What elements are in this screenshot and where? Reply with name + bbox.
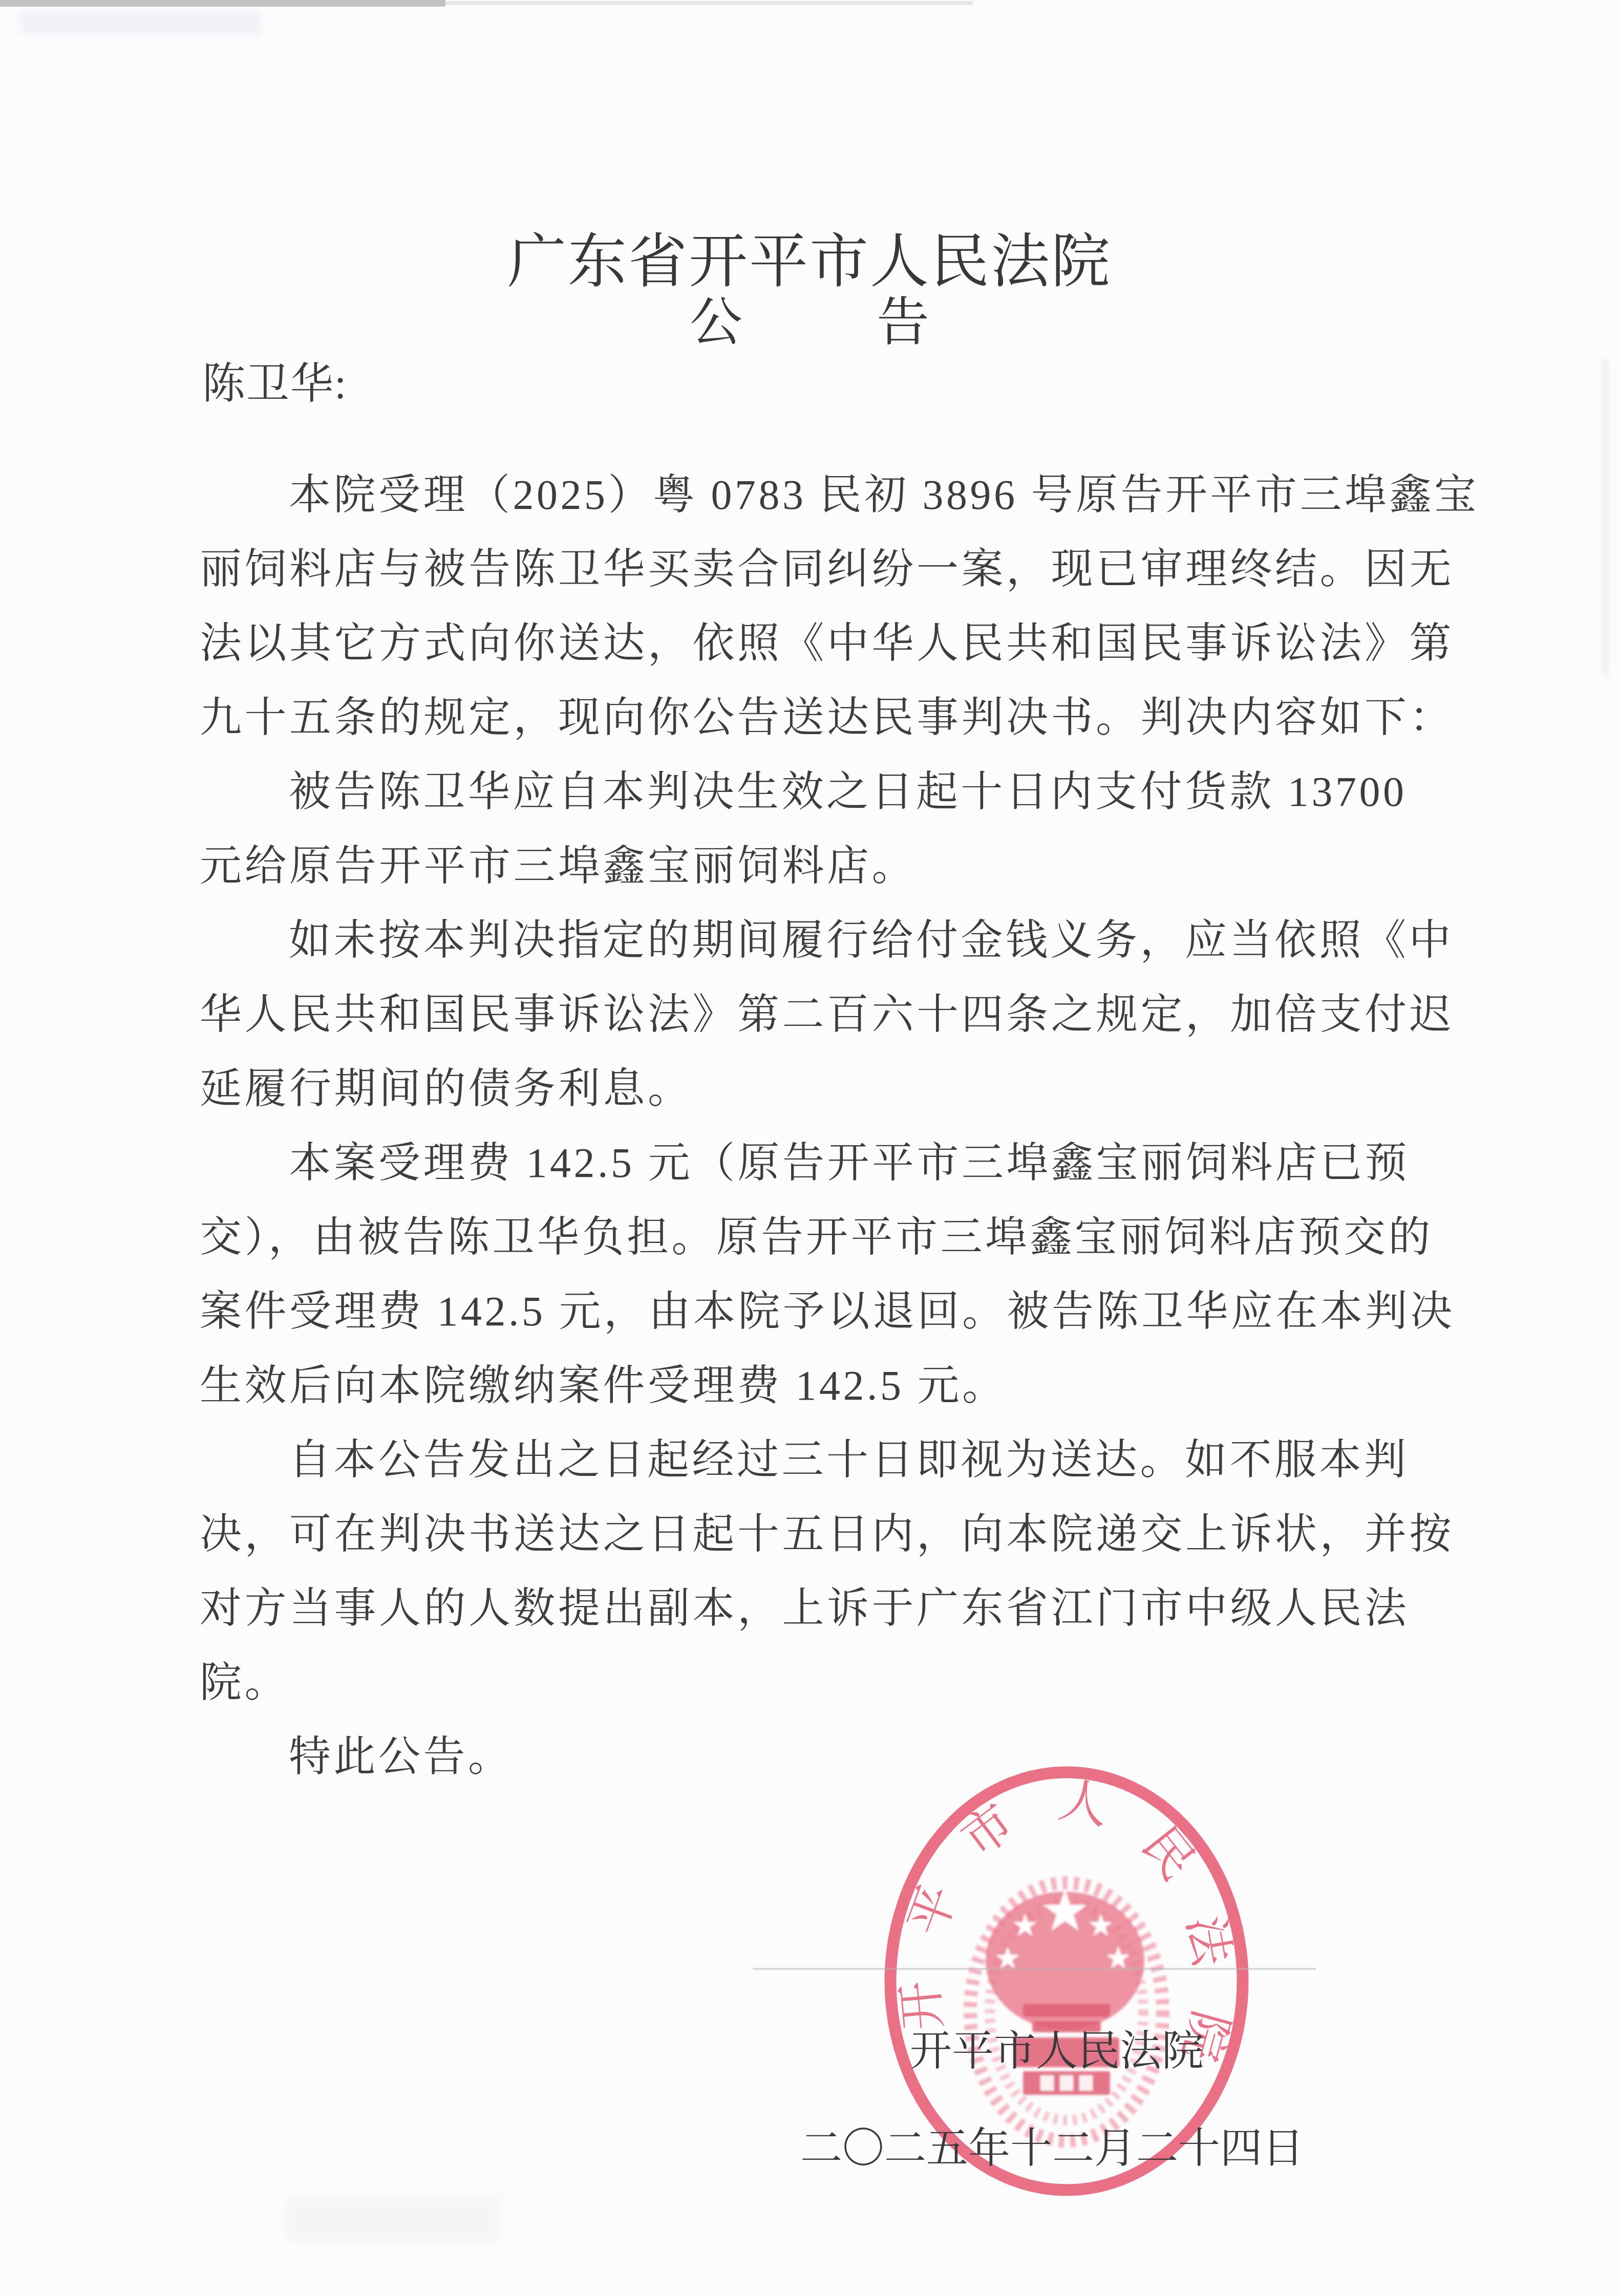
body-line: 案件受理费 142.5 元，由本院予以退回。被告陈卫华应在本判决 bbox=[200, 1274, 1510, 1348]
body-line: 元给原告开平市三埠鑫宝丽饲料店。 bbox=[200, 829, 1510, 903]
body-line: 交），由被告陈卫华负担。原告开平市三埠鑫宝丽饲料店预交的 bbox=[200, 1200, 1510, 1274]
page-title-court: 广东省开平市人民法院 bbox=[0, 231, 1619, 293]
signature-court: 开平市人民法院 bbox=[910, 2023, 1204, 2079]
body-line: 被告陈卫华应自本判决生效之日起十日内支付货款 13700 bbox=[200, 755, 1510, 829]
body-line: 法以其它方式向你送达，依照《中华人民共和国民事诉讼法》第 bbox=[200, 606, 1510, 680]
announcement-char-gong: 公 bbox=[690, 295, 742, 351]
body-line: 决，可在判决书送达之日起十五日内，向本院递交上诉状，并按 bbox=[200, 1497, 1510, 1571]
scan-artifact-right-edge bbox=[1602, 358, 1609, 676]
body-line: 延履行期间的债务利息。 bbox=[200, 1052, 1510, 1126]
body-line: 如未按本判决指定的期间履行给付金钱义务，应当依照《中 bbox=[200, 903, 1510, 977]
body-line: 生效后向本院缴纳案件受理费 142.5 元。 bbox=[200, 1348, 1510, 1423]
body-line: 本院受理（2025）粤 0783 民初 3896 号原告开平市三埠鑫宝 bbox=[200, 458, 1510, 532]
announcement-title: 公 告 bbox=[0, 295, 1619, 351]
body-line: 对方当事人的人数提出副本，上诉于广东省江门市中级人民法 bbox=[200, 1571, 1510, 1645]
national-emblem-icon bbox=[970, 1883, 1163, 2141]
scanned-court-announcement: { "colors": { "ink": "#3e3c41", "seal_re… bbox=[0, 0, 1619, 2296]
body-line: 院。 bbox=[200, 1645, 1510, 1720]
salutation: 陈卫华: bbox=[202, 361, 347, 407]
signature-date: 二〇二五年十二月二十四日 bbox=[800, 2120, 1304, 2177]
announcement-char-gao: 告 bbox=[877, 295, 929, 351]
body-line: 特此公告。 bbox=[200, 1720, 1510, 1794]
body-line: 自本公告发出之日起经过三十日即视为送达。如不服本判 bbox=[200, 1423, 1510, 1497]
scan-crease-line bbox=[753, 1968, 1316, 1970]
scan-smudge bbox=[287, 2196, 502, 2242]
scan-smudge bbox=[20, 11, 261, 35]
announcement-body: 本院受理（2025）粤 0783 民初 3896 号原告开平市三埠鑫宝 丽饲料店… bbox=[200, 458, 1510, 1794]
scan-artifact-top-edge bbox=[0, 0, 445, 7]
body-line: 丽饲料店与被告陈卫华买卖合同纠纷一案，现已审理终结。因无 bbox=[200, 532, 1510, 606]
body-line: 九十五条的规定，现向你公告送达民事判决书。判决内容如下： bbox=[200, 680, 1510, 755]
body-line: 本案受理费 142.5 元（原告开平市三埠鑫宝丽饲料店已预 bbox=[200, 1126, 1510, 1200]
body-line: 华人民共和国民事诉讼法》第二百六十四条之规定，加倍支付迟 bbox=[200, 977, 1510, 1052]
scan-artifact-top-edge-light bbox=[445, 1, 973, 5]
